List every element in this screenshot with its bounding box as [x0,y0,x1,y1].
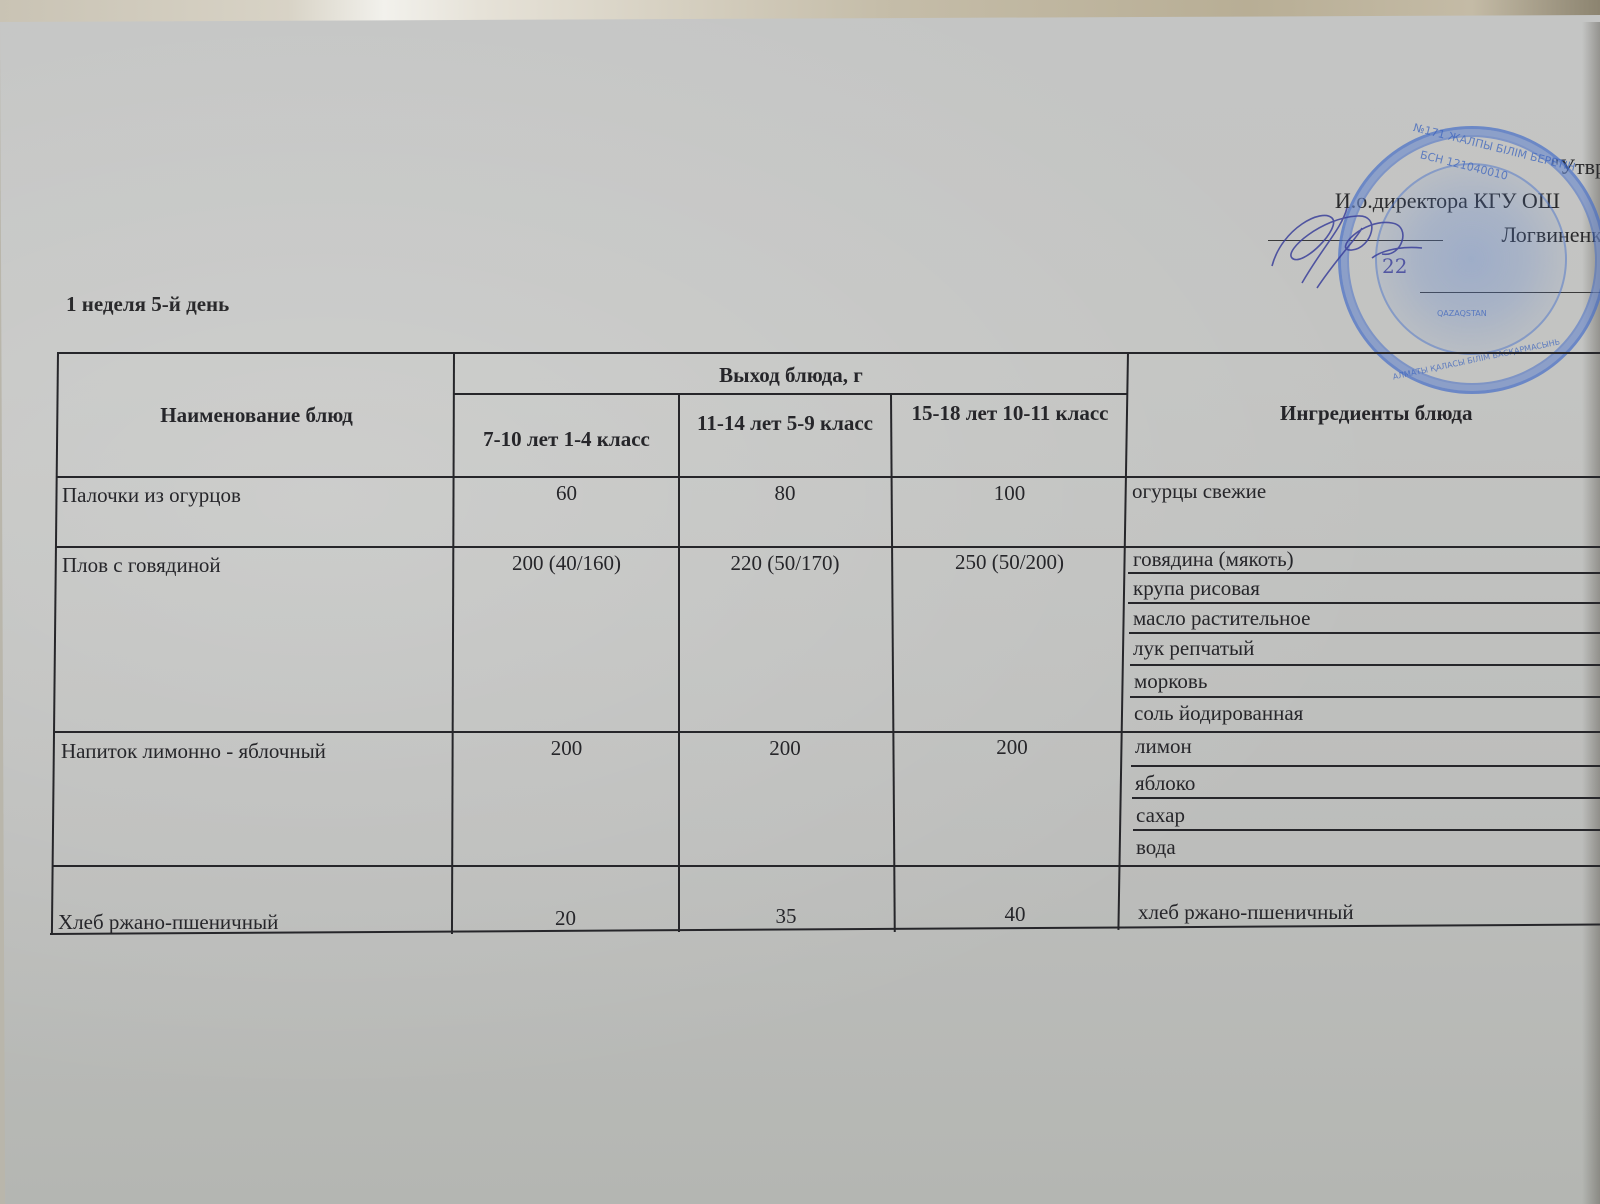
ingredient: масло растительное [1133,605,1310,631]
dish-name: Плов с говядиной [62,552,221,578]
ingredient-divider [1130,664,1600,666]
ingredient: яблоко [1135,770,1195,796]
row-divider [55,546,1600,548]
ingredient: сахар [1136,802,1185,828]
row-divider [54,731,1600,733]
col-divider [890,394,896,932]
yield-11-14: 35 [680,903,892,929]
yield-11-14: 80 [680,480,890,506]
table-border-top [58,352,1600,354]
menu-table: Наименование блюд Выход блюда, г 7-10 ле… [0,0,1600,1204]
ingredient: хлеб ржано-пшеничный [1138,899,1354,925]
header-dish-name: Наименование блюд [60,402,453,428]
header-divider [454,393,1128,395]
header-yield-group: Выход блюда, г [455,362,1127,388]
ingredient: огурцы свежие [1132,478,1266,504]
col-divider [678,394,680,932]
ingredient-divider [1131,765,1600,767]
yield-15-18: 200 [892,734,1132,760]
dish-name: Палочки из огурцов [62,482,241,508]
yield-11-14: 200 [680,735,890,761]
table-border-left [51,352,59,935]
dish-name: Напиток лимонно - яблочный [61,738,326,764]
dish-name: Хлеб ржано-пшеничный [58,909,278,935]
col-divider [1117,352,1129,930]
ingredient-divider [1130,696,1600,698]
yield-7-10: 200 [455,735,678,761]
yield-11-14: 220 (50/170) [680,550,890,576]
ingredient-divider [1128,602,1600,604]
ingredient: говядина (мякоть) [1133,546,1294,572]
yield-15-18: 250 (50/200) [892,549,1127,575]
yield-15-18: 100 [892,480,1127,506]
header-ingredients: Ингредиенты блюда [1130,400,1600,426]
ingredient: соль йодированная [1134,700,1303,726]
yield-7-10: 20 [453,905,678,931]
ingredient: вода [1136,834,1176,860]
yield-7-10: 60 [455,480,678,506]
ingredient-divider [1132,797,1600,799]
ingredient-divider [1128,572,1600,574]
header-age-7-10: 7-10 лет 1-4 класс [455,426,678,452]
yield-15-18: 40 [895,901,1135,927]
ingredient-divider [1133,829,1600,831]
ingredient-divider [1129,632,1600,634]
ingredient: крупа рисовая [1133,575,1260,601]
row-divider [56,476,1600,478]
yield-7-10: 200 (40/160) [455,550,678,576]
header-age-15-18: 15-18 лет 10-11 класс [895,400,1125,426]
row-divider [52,865,1600,867]
header-age-11-14: 11-14 лет 5-9 класс [690,410,880,436]
ingredient: морковь [1134,668,1207,694]
ingredient: лук репчатый [1133,635,1254,661]
ingredient: лимон [1135,733,1192,759]
